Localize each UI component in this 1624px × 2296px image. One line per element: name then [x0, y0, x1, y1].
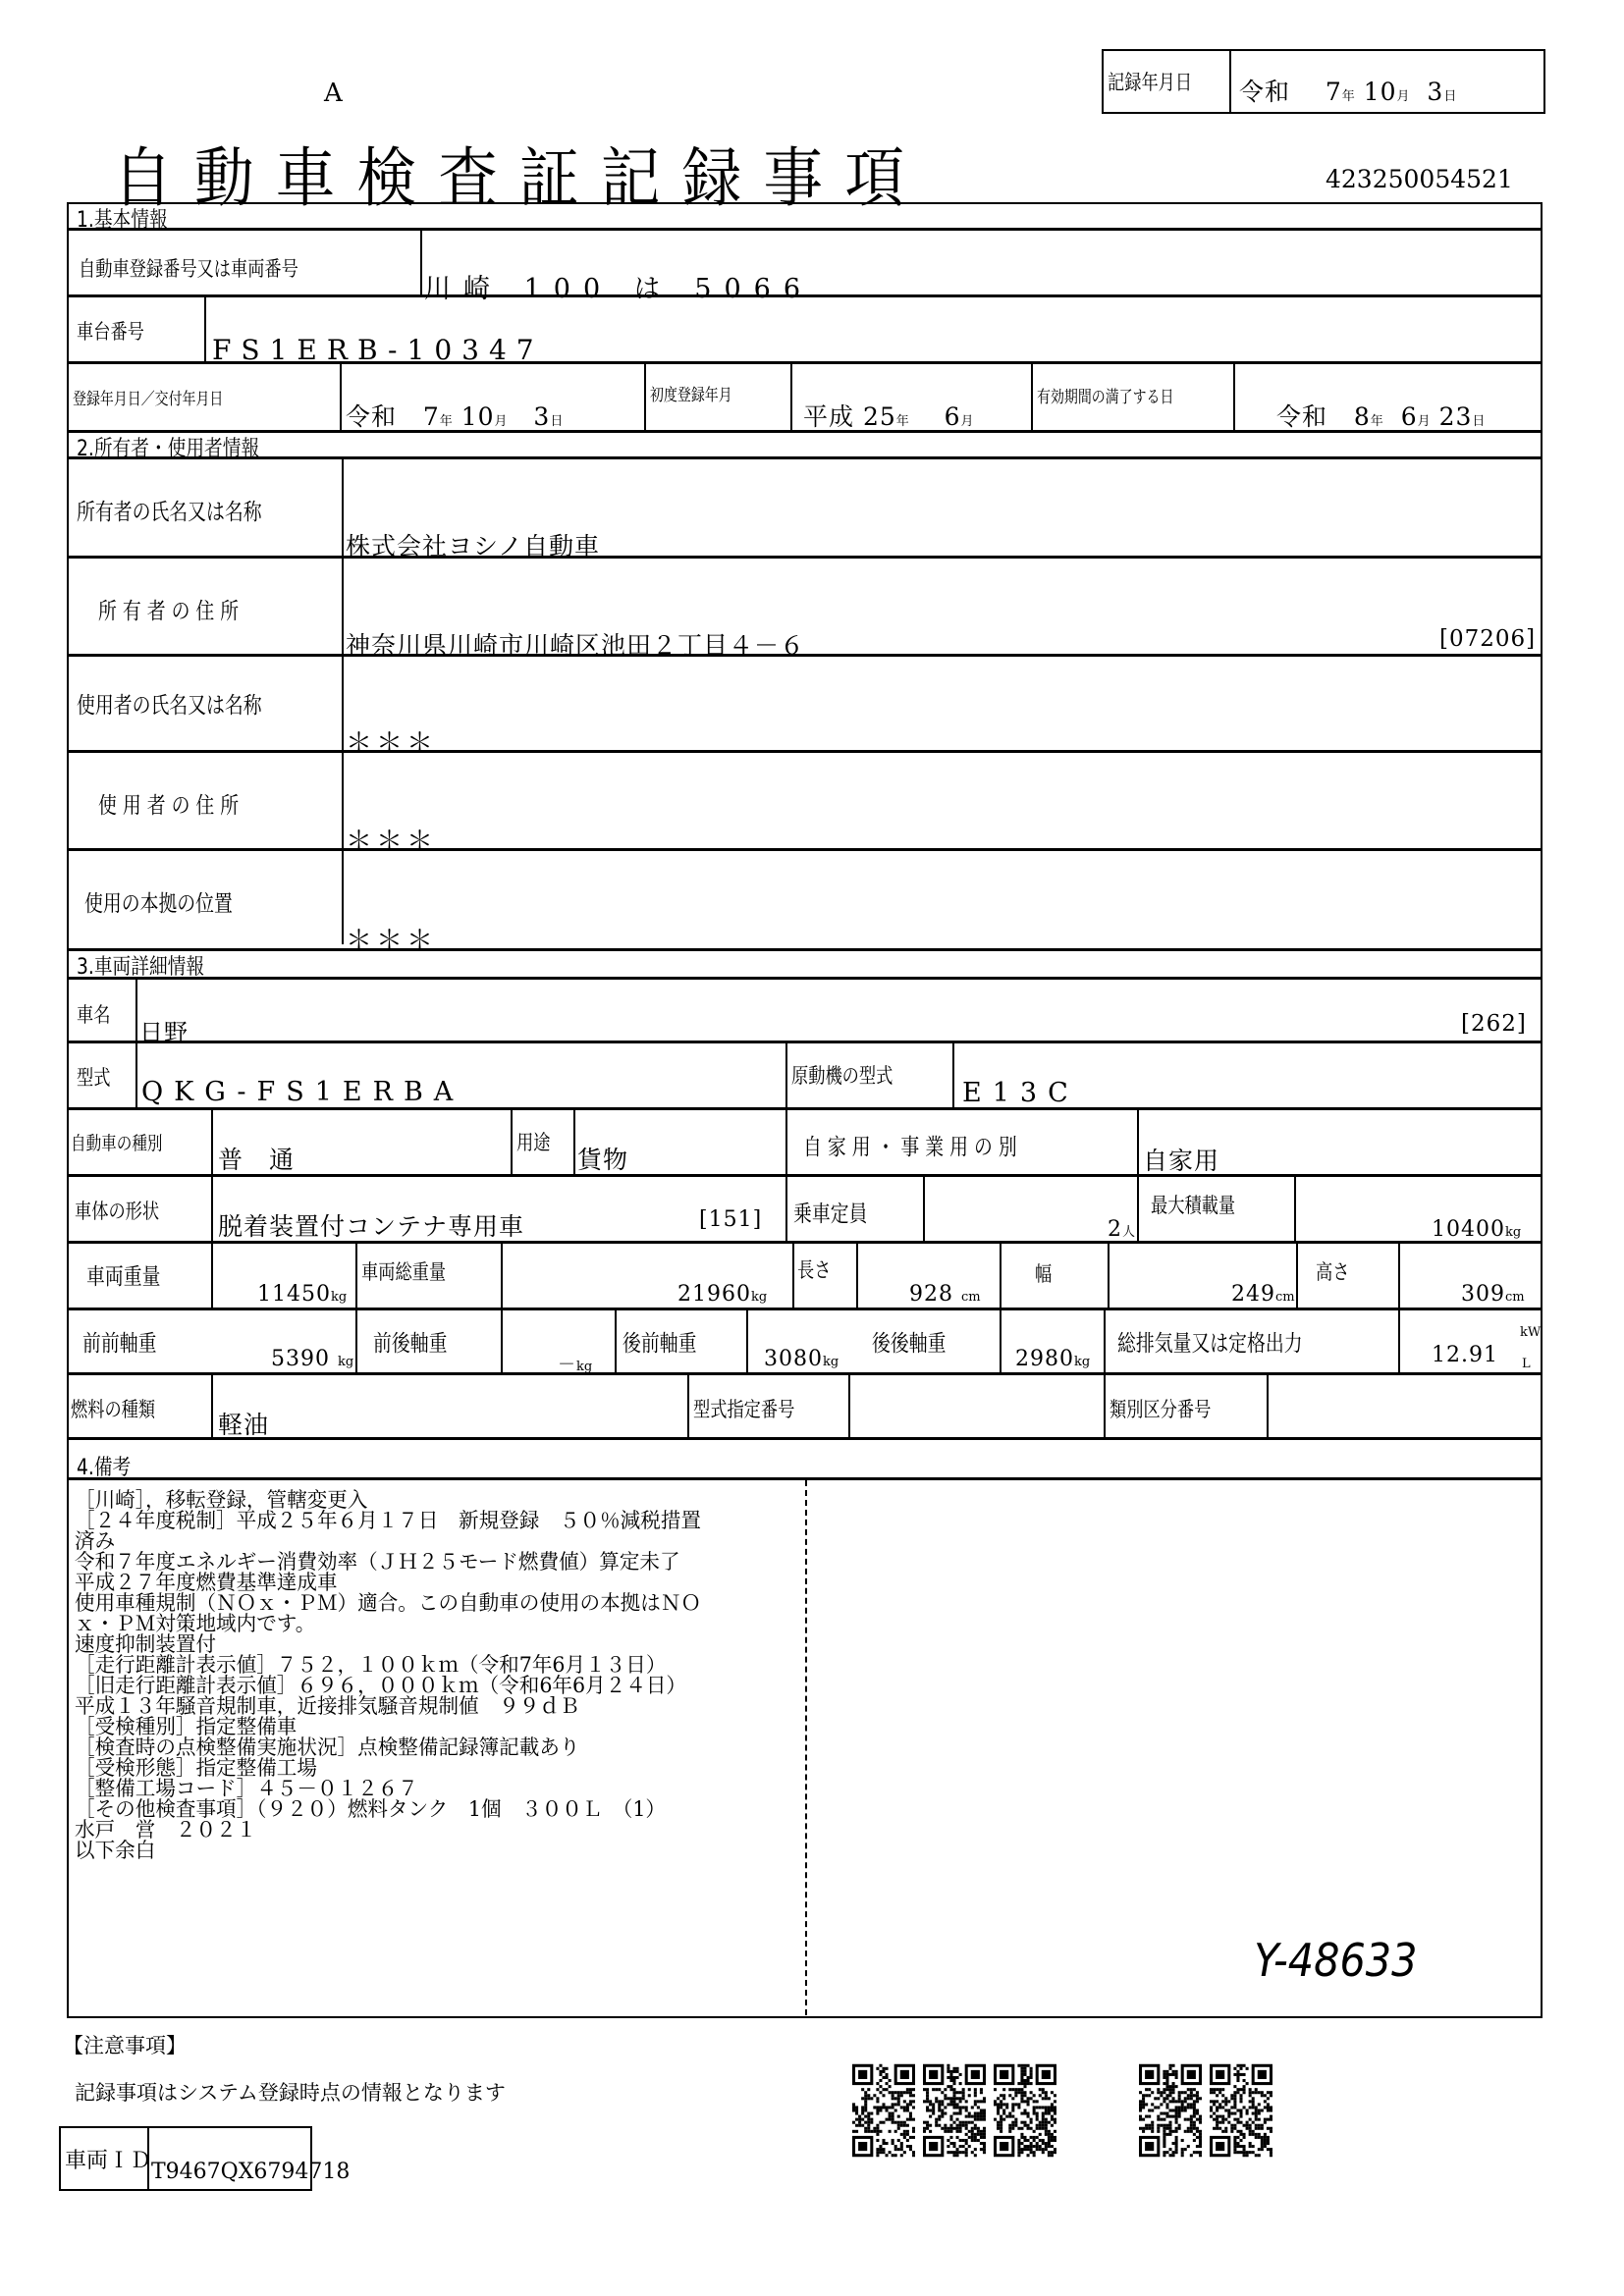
rf-axle: 3080kg [764, 1347, 839, 1371]
notes-text: 記録事項はシステム登録時点の情報となります [75, 2077, 506, 2107]
private-business-label: 自 家 用 ・ 事 業 用 の 別 [803, 1129, 1017, 1161]
user-address-label: 使 用 者 の 住 所 [98, 787, 239, 820]
length-label: 長さ [797, 1255, 831, 1284]
capacity: 2人 [1108, 1217, 1135, 1242]
gross-weight-label: 車両総重量 [361, 1256, 446, 1286]
qr-code-2 [923, 2063, 986, 2158]
engine-model: E13C [962, 1078, 1079, 1108]
record-date-label: 記録年月日 [1108, 67, 1192, 96]
category-label: 類別区分番号 [1110, 1394, 1211, 1423]
vehicle-weight: 11450kg [257, 1282, 347, 1307]
chassis-number-label: 車台番号 [77, 316, 144, 346]
first-registration: 平成 25年 6月 [803, 398, 974, 433]
rr-axle-label: 後後軸重 [872, 1325, 946, 1358]
expiry-label: 有効期間の満了する日 [1037, 383, 1173, 407]
registration-date-label: 登録年月日／交付年月日 [73, 385, 223, 409]
purpose-label: 用途 [516, 1127, 550, 1156]
user-name-label: 使用者の氏名又は名称 [77, 687, 262, 720]
handwritten-note: Y-48633 [1254, 1934, 1417, 1987]
remarks-text: ［川崎］，移転登録，管轄変更入 ［２４年度税制］平成２５年６月１７日 新規登録 … [75, 1490, 786, 1861]
body-shape: 脱着装置付コンテナ専用車 [218, 1207, 524, 1243]
form-letter: A [324, 79, 343, 108]
expiry-date: 令和 8年 6月 23日 [1276, 398, 1485, 433]
purpose: 貨物 [577, 1141, 628, 1176]
remarks-divider [805, 1480, 807, 2015]
ff-axle-label: 前前軸重 [82, 1325, 156, 1358]
qr-code-1 [852, 2063, 915, 2158]
vehicle-type-label: 自動車の種別 [71, 1129, 162, 1155]
vehicle-id: T9467QX6794718 [151, 2160, 350, 2184]
max-load: 10400kg [1432, 1217, 1521, 1242]
private-business: 自家用 [1143, 1142, 1219, 1177]
qr-code-3 [994, 2063, 1056, 2158]
ff-axle: 5390 kg [271, 1347, 353, 1371]
length: 928 cm [909, 1282, 981, 1307]
vehicle-weight-label: 車両重量 [86, 1258, 160, 1291]
height: 309cm [1461, 1282, 1525, 1307]
registration-number-label: 自動車登録番号又は車両番号 [79, 253, 298, 283]
engine-model-label: 原動機の型式 [791, 1060, 893, 1090]
max-load-label: 最大積載量 [1151, 1190, 1235, 1219]
model-label: 型式 [77, 1062, 110, 1092]
fr-axle-label: 前後軸重 [373, 1325, 447, 1358]
record-date: 令和 7年 10月 3日 [1239, 73, 1456, 108]
base-location-label: 使用の本拠の位置 [84, 885, 233, 918]
width-label: 幅 [1035, 1258, 1052, 1288]
body-shape-code: [151] [699, 1207, 762, 1232]
gross-weight: 21960kg [677, 1282, 767, 1307]
body-shape-label: 車体の形状 [75, 1196, 159, 1225]
width: 249cm [1231, 1282, 1295, 1307]
first-registration-label: 初度登録年月 [650, 381, 732, 405]
registration-number: 川崎 100 は 5066 [424, 267, 813, 305]
fuel-label: 燃料の種類 [71, 1394, 155, 1423]
owner-name-label: 所有者の氏名又は名称 [77, 494, 262, 526]
qr-code-4 [1139, 2063, 1202, 2158]
kw-unit: kW [1520, 1325, 1541, 1340]
vehicle-id-label: 車両ＩＤ [65, 2144, 151, 2174]
displacement-label: 総排気量又は定格出力 [1117, 1325, 1303, 1358]
notes-heading: 【注意事項】 [63, 2030, 187, 2059]
qr-code-5 [1210, 2063, 1272, 2158]
user-name: ＊＊＊ [346, 721, 437, 760]
rf-axle-label: 後前軸重 [623, 1325, 696, 1358]
car-name-label: 車名 [77, 999, 110, 1029]
displacement: 12.91 [1432, 1343, 1498, 1367]
owner-address-label: 所 有 者 の 住 所 [98, 593, 239, 625]
height-label: 高さ [1316, 1256, 1349, 1286]
model: QKG-FS1ERBA [141, 1077, 463, 1107]
capacity-label: 乗車定員 [793, 1196, 867, 1228]
type-designation-label: 型式指定番号 [693, 1394, 794, 1423]
vehicle-type: 普 通 [218, 1141, 295, 1176]
base-location: ＊＊＊ [346, 919, 437, 957]
rr-axle: 2980kg [1015, 1347, 1090, 1371]
car-name-code: [262] [1461, 1011, 1527, 1037]
user-address: ＊＊＊ [346, 820, 437, 858]
registration-date: 令和 7年 10月 3日 [346, 398, 563, 433]
document-number: 423250054521 [1326, 165, 1513, 193]
l-unit: L [1522, 1357, 1531, 1371]
fuel: 軽油 [218, 1406, 269, 1441]
owner-address-code: [07206] [1439, 626, 1536, 652]
